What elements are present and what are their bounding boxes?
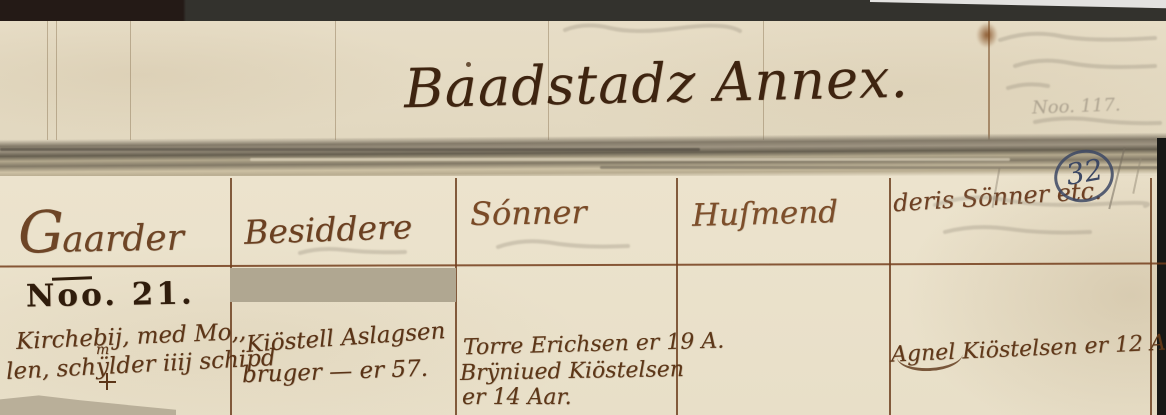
deckle-streak [250, 158, 1010, 161]
column-header-sonner: Sónner [470, 193, 587, 233]
fold-crease [130, 21, 131, 140]
page-number-stamp: 32 [1063, 152, 1105, 192]
manuscript-scan: Baadstadz Annex. Gaarder Besiddere Sónne… [0, 0, 1166, 415]
page-deckle-edge [0, 132, 1166, 181]
page-title: Baadstadz Annex. [403, 47, 909, 121]
fold-crease [335, 21, 336, 140]
deckle-streak [0, 148, 700, 151]
fold-crease [47, 21, 48, 140]
ink-stain [976, 22, 998, 48]
column-header-gaarder: Gaarder [17, 197, 184, 267]
son-entry-2: Brÿniued Kiöstelsen [460, 357, 684, 386]
bleedthrough-number: Noo. 117. [1032, 94, 1121, 118]
column-divider [889, 178, 891, 415]
cross-mark [106, 373, 108, 390]
column-header-besiddere: Besiddere [243, 207, 413, 252]
farm-number: Noo. 21. [26, 276, 195, 315]
column-divider [1150, 178, 1152, 415]
column-header-husmend: Huſmend [692, 194, 839, 234]
son-entry-2-age: er 14 Aar. [462, 385, 572, 410]
retouched-patch [230, 268, 456, 302]
fold-crease [56, 21, 57, 140]
farm-superscript-mark: m [96, 342, 109, 358]
scan-dark-edge [1157, 138, 1166, 415]
